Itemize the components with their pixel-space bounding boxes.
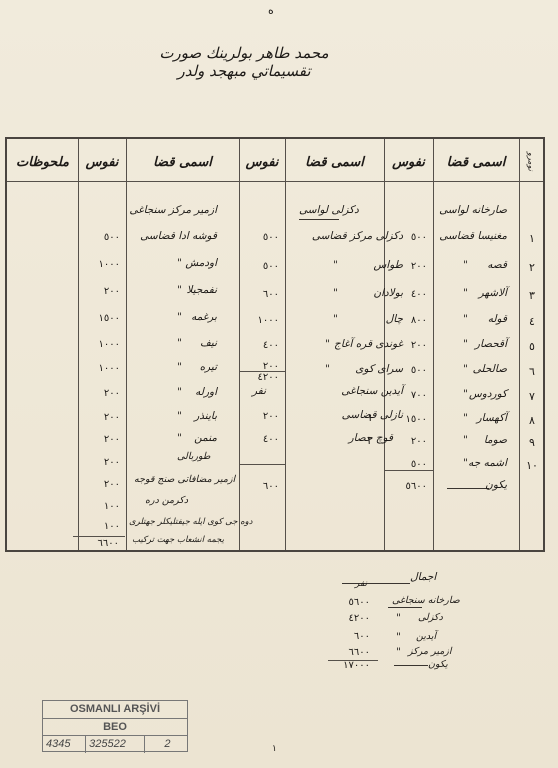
section-2-subtotal: ٤٢٠٠ — [244, 372, 279, 383]
heading-dash — [342, 583, 410, 584]
summary-value: ٤٢٠٠ — [330, 613, 370, 624]
kaza-name: تیره — [200, 361, 217, 373]
row-number: ١ — [524, 232, 540, 245]
summary-column-header: نفر — [355, 579, 367, 589]
column-divider — [126, 139, 127, 550]
header-mulahazat: ملحوظات — [7, 145, 78, 179]
subtotal-line — [73, 536, 125, 537]
header-nufus-1: نفوس — [384, 145, 433, 179]
kaza-name: اشمه جه — [468, 457, 507, 469]
section-1-total: ٥٦٠٠ — [392, 481, 427, 492]
page-number: ١ — [272, 744, 277, 754]
ditto-mark: " — [463, 338, 468, 350]
population-value: ٥٠٠ — [392, 459, 427, 470]
row-dash — [388, 607, 422, 608]
population-value: ١٠٠٠ — [85, 339, 120, 350]
row-number: ٢ — [524, 261, 540, 274]
top-mark: ه — [268, 4, 274, 17]
ditto-mark: " — [463, 434, 468, 446]
kaza-name: آکهسار — [477, 412, 507, 424]
kaza-name: دوه جی کوی ایله جیفتلیکلر جهتلری — [129, 517, 253, 527]
ditto-mark: " — [177, 361, 182, 373]
population-value: ١٠٠ — [85, 521, 120, 532]
kaza-name: آلاشهر — [479, 287, 507, 299]
ditto-mark: " — [177, 410, 182, 422]
ditto-mark: " — [177, 257, 182, 269]
header-nufus-2: نفوس — [239, 145, 285, 179]
ditto-mark: " — [177, 337, 182, 349]
document-title: محمد طاهر بولرينك صورت تقسيماتي مبهجد ول… — [128, 44, 360, 80]
ditto-mark: " — [463, 313, 468, 325]
section-1-total-label: یکون — [485, 479, 507, 491]
population-value: ٢٠٠ — [85, 434, 120, 445]
population-value: ٢٠٠ — [85, 388, 120, 399]
stamp-gomlek: 325522 — [86, 736, 145, 753]
row-number: ٤ — [524, 315, 540, 328]
kaza-name: طواس — [373, 259, 403, 271]
row-number: ٦ — [524, 365, 540, 378]
row-number: ١٠ — [524, 459, 540, 472]
kaza-name: قصه — [487, 259, 507, 271]
row-number: ١ — [362, 411, 378, 424]
ditto-mark: " — [333, 287, 338, 299]
document-page: ه محمد طاهر بولرينك صورت تقسيماتي مبهجد … — [0, 0, 558, 768]
population-value: ٢٠٠ — [85, 286, 120, 297]
summary-name: ازمیر مرکز — [408, 646, 452, 657]
kaza-name: مغنیسا قضاسی — [439, 230, 507, 242]
kaza-name: آقحصار — [475, 338, 507, 350]
ditto-mark: " — [177, 284, 182, 296]
stamp-institution: OSMANLI ARŞİVİ — [43, 701, 187, 719]
total-dash — [394, 665, 428, 666]
section-3-heading: ازمیر مرکز سنجاغی — [129, 204, 217, 216]
header-numara: نومرو — [519, 141, 543, 181]
ditto-mark: " — [333, 313, 338, 325]
kaza-name: ازمیر مضافاتی صنج قوجه — [134, 474, 235, 485]
kaza-name: صوما — [484, 434, 507, 446]
archive-stamp: OSMANLI ARŞİVİ BEO 4345 325522 2 — [42, 700, 188, 752]
population-value: ١٥٠٠ — [85, 313, 120, 324]
kaza-name: قوشه ادا قضاسی — [140, 230, 217, 242]
stamp-sira: 2 — [145, 736, 187, 753]
kaza-name: برغمه — [191, 311, 217, 323]
kaza-name: منمن — [194, 432, 217, 444]
ditto-mark: " — [463, 457, 468, 469]
kaza-name: قوله — [488, 313, 507, 325]
kaza-name: غوندی قره آغاج — [334, 338, 403, 350]
population-value: ٢٠٠ — [85, 457, 120, 468]
population-value: ٦٠٠ — [244, 289, 279, 300]
stamp-reference-row: 4345 325522 2 — [43, 736, 187, 753]
column-divider — [239, 139, 240, 550]
section-2b-heading: آیدین سنجاغی — [341, 385, 403, 397]
population-value: ٥٠٠ — [85, 232, 120, 243]
population-table: ملحوظات نفوس اسمی قضا نفوس اسمی قضا نفوس… — [5, 137, 545, 552]
summary-heading: اجمال — [410, 571, 436, 583]
population-value: ٢٠٠ — [392, 436, 427, 447]
ditto-mark: " — [463, 259, 468, 271]
subtotal-line — [385, 470, 433, 471]
section-3-total: ٦٦٠٠ — [79, 538, 119, 549]
header-kaza-3: اسمی قضا — [126, 145, 239, 179]
ditto-mark: " — [325, 338, 330, 350]
ditto-mark: " — [325, 363, 330, 375]
kaza-name: دکزلی مرکز قضاسی — [312, 230, 403, 242]
header-kaza-2: اسمی قضا — [285, 145, 384, 179]
ditto-mark: " — [396, 646, 401, 658]
kaza-name: سرای کوی — [355, 363, 403, 375]
ditto-mark: " — [463, 412, 468, 424]
kaza-name: نیف — [200, 337, 217, 349]
header-divider — [7, 181, 543, 182]
summary-name: آیدین — [416, 631, 436, 642]
row-number: ٥ — [524, 340, 540, 353]
summary-block: اجمال نفر صارخانه سنجاغی ٥٦٠٠ دکزلی " ٤٢… — [300, 565, 480, 675]
ditto-mark: " — [463, 363, 468, 375]
summary-value: ٥٦٠٠ — [330, 597, 370, 608]
population-value: ٤٠٠ — [244, 434, 279, 445]
header-kaza-1: اسمی قضا — [433, 145, 519, 179]
population-value: ١٠٠ — [85, 501, 120, 512]
kaza-name: اورله — [195, 386, 217, 398]
ditto-mark: " — [396, 631, 401, 643]
ditto-mark: " — [177, 386, 182, 398]
summary-name: دکزلی — [418, 612, 443, 623]
summary-value: ٦٠٠ — [330, 631, 370, 642]
summary-value: ٦٦٠٠ — [330, 647, 370, 658]
population-value: ٥٠٠ — [244, 261, 279, 272]
ditto-mark: " — [177, 432, 182, 444]
kaza-name: کوردوس — [469, 388, 507, 400]
summary-name: صارخانه سنجاغی — [392, 595, 460, 606]
kaza-name: دکرمن دره — [145, 495, 188, 506]
kaza-name: بولادان — [373, 287, 403, 299]
population-value: ١٠٠٠ — [85, 259, 120, 270]
section-2b-unit: نفر — [252, 385, 266, 397]
row-number: ٣ — [524, 289, 540, 302]
population-value: ٤٠٠ — [244, 340, 279, 351]
section-2-total: ٦٠٠ — [244, 481, 279, 492]
heading-dash — [299, 219, 339, 220]
population-value: ٢٠٠ — [244, 411, 279, 422]
subtotal-line — [240, 464, 285, 465]
ditto-mark: " — [463, 388, 468, 400]
kaza-name: نفمجیلا — [186, 284, 217, 296]
section-2-heading: دکزلی لواسی — [299, 204, 359, 216]
column-divider — [519, 139, 520, 550]
ditto-mark: " — [333, 259, 338, 271]
population-value: ٥٠٠ — [244, 232, 279, 243]
row-number: ٢ — [362, 434, 378, 447]
stamp-dosya: 4345 — [43, 736, 86, 753]
ditto-mark: " — [463, 287, 468, 299]
population-value: ٢٠٠ — [85, 479, 120, 490]
row-number: ٧ — [524, 390, 540, 403]
total-dash — [447, 488, 489, 489]
summary-total-label: یکون — [428, 659, 448, 670]
row-number: ٩ — [524, 436, 540, 449]
population-value: ١٠٠٠ — [85, 363, 120, 374]
section-3-footer-note: یجمه انشعاب جهت ترکیب — [132, 535, 224, 545]
header-nufus-3: نفوس — [78, 145, 126, 179]
column-divider — [285, 139, 286, 550]
summary-total: ١٧٠٠٠ — [328, 660, 370, 671]
population-value: ١٠٠٠ — [244, 315, 279, 326]
kaza-name: طوربالی — [177, 451, 210, 462]
kaza-name: صالحلی — [473, 363, 507, 375]
kaza-name: اودمش — [185, 257, 217, 269]
population-value: ٢٠٠ — [85, 412, 120, 423]
section-1-heading: صارخانه لواسی — [439, 204, 507, 216]
ditto-mark: " — [396, 612, 401, 624]
kaza-name: باینذر — [194, 410, 217, 422]
ditto-mark: " — [177, 311, 182, 323]
kaza-name: چال — [386, 313, 403, 325]
stamp-fond: BEO — [43, 719, 187, 736]
column-divider — [78, 139, 79, 550]
column-divider — [433, 139, 434, 550]
row-number: ٨ — [524, 414, 540, 427]
